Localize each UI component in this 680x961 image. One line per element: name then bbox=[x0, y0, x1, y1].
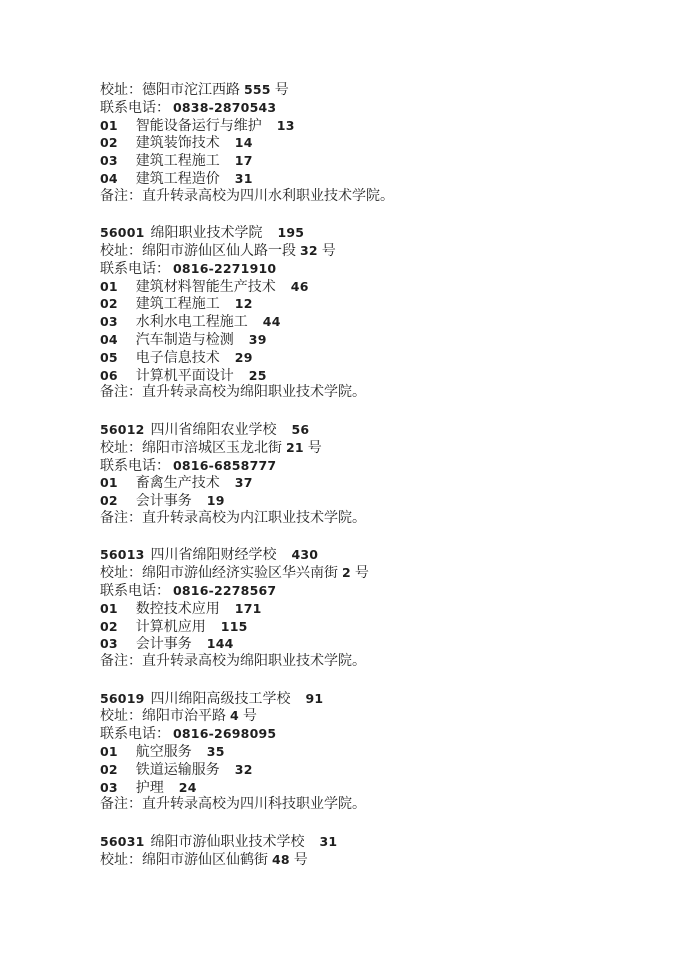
program-row: 04汽车制造与检测39 bbox=[100, 331, 640, 349]
school-code: 56001 bbox=[100, 225, 145, 240]
program-row: 02铁道运输服务32 bbox=[100, 761, 640, 779]
program-name: 畜禽生产技术 bbox=[136, 476, 220, 491]
note-line: 备注：直升转录高校为四川水利职业技术学院。 bbox=[100, 188, 640, 206]
phone-line: 联系电话：0816-2271910 bbox=[100, 260, 640, 278]
phone-label: 联系电话： bbox=[100, 101, 170, 116]
school-total: 91 bbox=[306, 691, 324, 706]
program-count: 46 bbox=[291, 279, 309, 294]
note-line: 备注：直升转录高校为绵阳职业技术学院。 bbox=[100, 384, 640, 402]
school-total: 31 bbox=[320, 834, 338, 849]
phone-line: 联系电话：0838-2870543 bbox=[100, 99, 640, 117]
address-label-street: 校址：绵阳市游仙经济实验区华兴南街 bbox=[100, 566, 338, 581]
note-text: 备注：直升转录高校为绵阳职业技术学院。 bbox=[100, 385, 366, 400]
phone-number: 0816-6858777 bbox=[173, 458, 276, 473]
address-line: 校址：绵阳市治平路4号 bbox=[100, 707, 640, 725]
program-name: 水利水电工程施工 bbox=[136, 315, 248, 330]
phone-number: 0838-2870543 bbox=[173, 100, 276, 115]
program-name: 建筑材料智能生产技术 bbox=[136, 280, 276, 295]
program-code: 01 bbox=[100, 279, 118, 294]
address-label-street: 校址：德阳市沱江西路 bbox=[100, 83, 240, 98]
program-row: 03建筑工程施工17 bbox=[100, 152, 640, 170]
program-count: 31 bbox=[235, 171, 253, 186]
program-code: 03 bbox=[100, 153, 118, 168]
program-row: 06计算机平面设计25 bbox=[100, 367, 640, 385]
address-unit: 号 bbox=[355, 566, 369, 581]
program-row: 01畜禽生产技术37 bbox=[100, 474, 640, 492]
phone-number: 0816-2698095 bbox=[173, 726, 276, 741]
program-count: 25 bbox=[249, 368, 267, 383]
note-line: 备注：直升转录高校为四川科技职业学院。 bbox=[100, 796, 640, 814]
program-row: 05电子信息技术29 bbox=[100, 349, 640, 367]
phone-label: 联系电话： bbox=[100, 459, 170, 474]
program-code: 04 bbox=[100, 171, 118, 186]
document-page: 校址：德阳市沱江西路555号联系电话：0838-287054301智能设备运行与… bbox=[0, 0, 680, 961]
school-block: 56012四川省绵阳农业学校56校址：绵阳市涪城区玉龙北街21号联系电话：081… bbox=[100, 421, 640, 528]
address-label-street: 校址：绵阳市涪城区玉龙北街 bbox=[100, 441, 282, 456]
program-code: 02 bbox=[100, 619, 118, 634]
program-code: 06 bbox=[100, 368, 118, 383]
program-count: 12 bbox=[235, 296, 253, 311]
program-name: 建筑工程造价 bbox=[136, 172, 220, 187]
phone-number: 0816-2271910 bbox=[173, 261, 276, 276]
address-number: 4 bbox=[230, 708, 239, 723]
note-text: 备注：直升转录高校为四川水利职业技术学院。 bbox=[100, 189, 394, 204]
school-name: 四川省绵阳财经学校 bbox=[151, 548, 277, 563]
program-count: 39 bbox=[249, 332, 267, 347]
school-code: 56013 bbox=[100, 547, 145, 562]
program-name: 建筑工程施工 bbox=[136, 297, 220, 312]
address-unit: 号 bbox=[294, 853, 308, 868]
address-number: 21 bbox=[286, 440, 304, 455]
school-block: 56031绵阳市游仙职业技术学校31校址：绵阳市游仙区仙鹤街48号 bbox=[100, 833, 640, 869]
program-code: 02 bbox=[100, 493, 118, 508]
school-header-line: 56019四川绵阳高级技工学校91 bbox=[100, 690, 640, 708]
program-name: 护理 bbox=[136, 781, 164, 796]
phone-label: 联系电话： bbox=[100, 727, 170, 742]
school-block: 校址：德阳市沱江西路555号联系电话：0838-287054301智能设备运行与… bbox=[100, 81, 640, 206]
program-code: 01 bbox=[100, 475, 118, 490]
school-block: 56019四川绵阳高级技工学校91校址：绵阳市治平路4号联系电话：0816-26… bbox=[100, 690, 640, 815]
phone-label: 联系电话： bbox=[100, 584, 170, 599]
program-code: 02 bbox=[100, 296, 118, 311]
program-code: 02 bbox=[100, 762, 118, 777]
phone-line: 联系电话：0816-6858777 bbox=[100, 457, 640, 475]
phone-number: 0816-2278567 bbox=[173, 583, 276, 598]
program-count: 44 bbox=[263, 314, 281, 329]
school-total: 56 bbox=[292, 422, 310, 437]
school-code: 56031 bbox=[100, 834, 145, 849]
program-count: 171 bbox=[235, 601, 262, 616]
school-name: 四川绵阳高级技工学校 bbox=[151, 692, 291, 707]
address-number: 2 bbox=[342, 565, 351, 580]
program-code: 03 bbox=[100, 314, 118, 329]
program-name: 数控技术应用 bbox=[136, 602, 220, 617]
program-name: 计算机平面设计 bbox=[136, 369, 234, 384]
note-text: 备注：直升转录高校为绵阳职业技术学院。 bbox=[100, 654, 366, 669]
program-row: 03护理24 bbox=[100, 779, 640, 797]
program-name: 会计事务 bbox=[136, 637, 192, 652]
program-code: 05 bbox=[100, 350, 118, 365]
note-text: 备注：直升转录高校为内江职业技术学院。 bbox=[100, 511, 366, 526]
school-header-line: 56001绵阳职业技术学院195 bbox=[100, 224, 640, 242]
program-code: 02 bbox=[100, 135, 118, 150]
address-label-street: 校址：绵阳市游仙区仙人路一段 bbox=[100, 244, 296, 259]
school-header-line: 56031绵阳市游仙职业技术学校31 bbox=[100, 833, 640, 851]
school-total: 430 bbox=[292, 547, 319, 562]
address-label-street: 校址：绵阳市游仙区仙鹤街 bbox=[100, 853, 268, 868]
program-row: 02计算机应用115 bbox=[100, 618, 640, 636]
program-count: 13 bbox=[277, 118, 295, 133]
school-header-line: 56012四川省绵阳农业学校56 bbox=[100, 421, 640, 439]
program-code: 04 bbox=[100, 332, 118, 347]
school-name: 四川省绵阳农业学校 bbox=[151, 423, 277, 438]
program-count: 14 bbox=[235, 135, 253, 150]
program-count: 35 bbox=[207, 744, 225, 759]
address-number: 555 bbox=[244, 82, 271, 97]
school-block: 56001绵阳职业技术学院195校址：绵阳市游仙区仙人路一段32号联系电话：08… bbox=[100, 224, 640, 402]
program-count: 19 bbox=[207, 493, 225, 508]
phone-line: 联系电话：0816-2278567 bbox=[100, 582, 640, 600]
note-line: 备注：直升转录高校为绵阳职业技术学院。 bbox=[100, 653, 640, 671]
phone-label: 联系电话： bbox=[100, 262, 170, 277]
program-code: 01 bbox=[100, 601, 118, 616]
school-name: 绵阳职业技术学院 bbox=[151, 226, 263, 241]
address-label-street: 校址：绵阳市治平路 bbox=[100, 709, 226, 724]
program-count: 29 bbox=[235, 350, 253, 365]
program-name: 会计事务 bbox=[136, 494, 192, 509]
program-code: 03 bbox=[100, 780, 118, 795]
address-line: 校址：绵阳市游仙区仙人路一段32号 bbox=[100, 242, 640, 260]
program-name: 计算机应用 bbox=[136, 620, 206, 635]
school-header-line: 56013四川省绵阳财经学校430 bbox=[100, 546, 640, 564]
program-row: 01航空服务35 bbox=[100, 743, 640, 761]
address-number: 32 bbox=[300, 243, 318, 258]
address-unit: 号 bbox=[308, 441, 322, 456]
program-name: 建筑装饰技术 bbox=[136, 136, 220, 151]
program-row: 03会计事务144 bbox=[100, 635, 640, 653]
address-number: 48 bbox=[272, 852, 290, 867]
note-text: 备注：直升转录高校为四川科技职业学院。 bbox=[100, 797, 366, 812]
program-name: 智能设备运行与维护 bbox=[136, 119, 262, 134]
school-code: 56012 bbox=[100, 422, 145, 437]
address-unit: 号 bbox=[322, 244, 336, 259]
address-unit: 号 bbox=[275, 83, 289, 98]
program-row: 04建筑工程造价31 bbox=[100, 170, 640, 188]
program-row: 01智能设备运行与维护13 bbox=[100, 117, 640, 135]
program-code: 01 bbox=[100, 118, 118, 133]
program-name: 汽车制造与检测 bbox=[136, 333, 234, 348]
program-row: 01数控技术应用171 bbox=[100, 600, 640, 618]
program-code: 03 bbox=[100, 636, 118, 651]
program-name: 航空服务 bbox=[136, 745, 192, 760]
program-row: 02建筑装饰技术14 bbox=[100, 134, 640, 152]
address-line: 校址：绵阳市涪城区玉龙北街21号 bbox=[100, 439, 640, 457]
program-name: 铁道运输服务 bbox=[136, 763, 220, 778]
school-code: 56019 bbox=[100, 691, 145, 706]
program-name: 建筑工程施工 bbox=[136, 154, 220, 169]
program-row: 02建筑工程施工12 bbox=[100, 295, 640, 313]
program-count: 32 bbox=[235, 762, 253, 777]
program-count: 24 bbox=[179, 780, 197, 795]
program-row: 03水利水电工程施工44 bbox=[100, 313, 640, 331]
program-row: 02会计事务19 bbox=[100, 492, 640, 510]
program-name: 电子信息技术 bbox=[136, 351, 220, 366]
school-block: 56013四川省绵阳财经学校430校址：绵阳市游仙经济实验区华兴南街2号联系电话… bbox=[100, 546, 640, 671]
program-count: 17 bbox=[235, 153, 253, 168]
address-line: 校址：绵阳市游仙区仙鹤街48号 bbox=[100, 851, 640, 869]
program-count: 37 bbox=[235, 475, 253, 490]
program-code: 01 bbox=[100, 744, 118, 759]
program-count: 144 bbox=[207, 636, 234, 651]
school-total: 195 bbox=[278, 225, 305, 240]
address-unit: 号 bbox=[243, 709, 257, 724]
program-row: 01建筑材料智能生产技术46 bbox=[100, 278, 640, 296]
note-line: 备注：直升转录高校为内江职业技术学院。 bbox=[100, 510, 640, 528]
program-count: 115 bbox=[221, 619, 248, 634]
address-line: 校址：绵阳市游仙经济实验区华兴南街2号 bbox=[100, 564, 640, 582]
school-name: 绵阳市游仙职业技术学校 bbox=[151, 835, 305, 850]
phone-line: 联系电话：0816-2698095 bbox=[100, 725, 640, 743]
address-line: 校址：德阳市沱江西路555号 bbox=[100, 81, 640, 99]
